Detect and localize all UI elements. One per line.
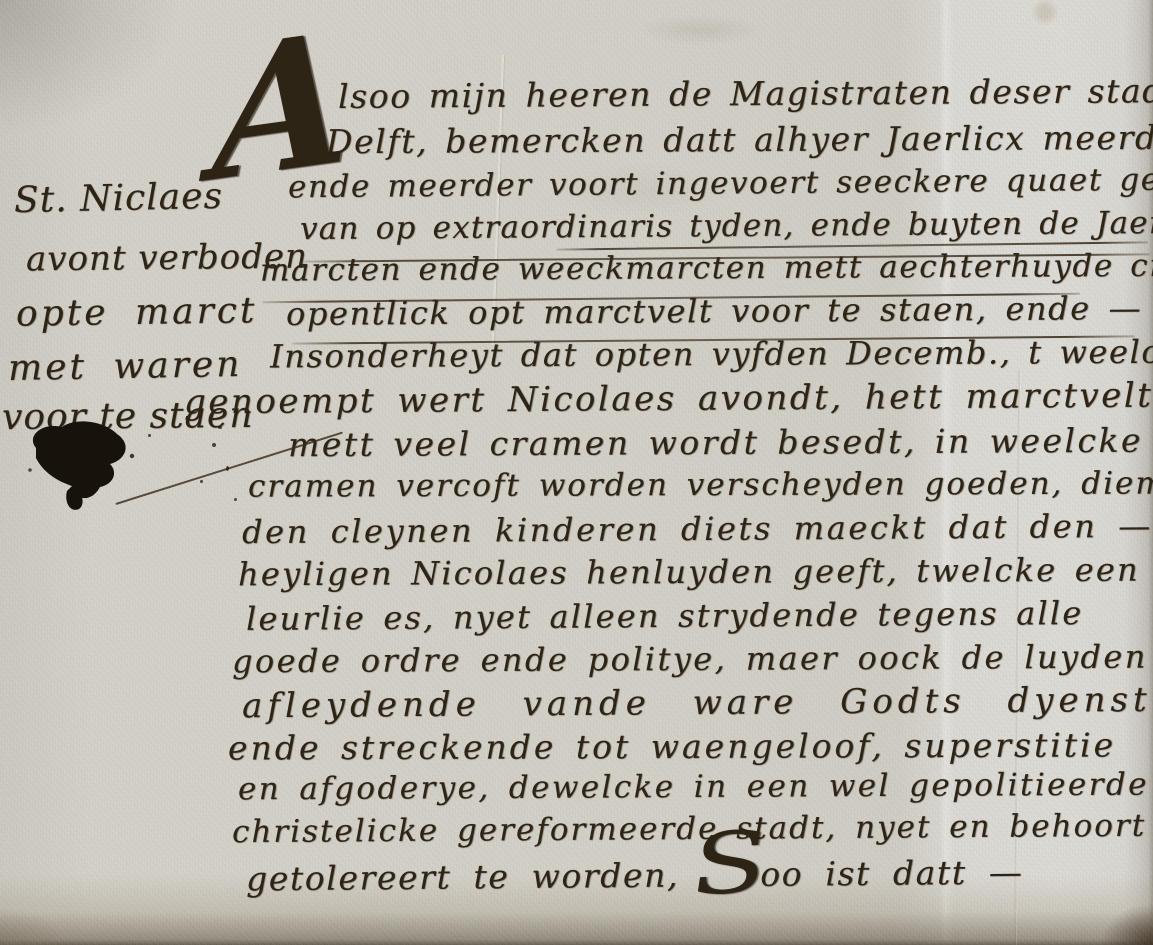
manuscript-page: A St. Niclaes avont verboden opte marct … xyxy=(0,0,1153,945)
manuscript-line: leurlie es, nyet alleen strydende tegens… xyxy=(246,594,1084,638)
ink-speck xyxy=(226,466,229,471)
manuscript-line: getolereert te worden, Soo ist datt — xyxy=(246,853,1024,899)
manuscript-line: lsoo mijn heeren de Magistraten deser st… xyxy=(338,71,1153,116)
manuscript-line: van op extraordinaris tyden, ende buyten… xyxy=(300,205,1153,247)
closing-line-pre: getolereert te worden, xyxy=(246,856,679,899)
ink-speck xyxy=(234,498,237,501)
manuscript-line: mett veel cramen wordt besedt, in weelck… xyxy=(288,421,1143,464)
manuscript-line: ende streckende tot waengeloof, supersti… xyxy=(228,725,1116,767)
manuscript-line: goede ordre ende politye, maer oock de l… xyxy=(232,638,1148,681)
ink-blot xyxy=(22,412,142,512)
manuscript-line: cramen vercoft worden verscheyden goeden… xyxy=(248,465,1153,504)
manuscript-line: ende meerder voort ingevoert seeckere qu… xyxy=(288,161,1153,206)
ink-speck xyxy=(218,426,222,429)
manuscript-line: en afgoderye, dewelcke in een wel gepoli… xyxy=(238,767,1149,808)
ink-speck xyxy=(148,434,151,437)
manuscript-line: genoempt wert Nicolaes avondt, hett marc… xyxy=(184,376,1153,423)
closing-initial: S xyxy=(692,861,770,866)
margin-note-line: St. Niclaes xyxy=(14,176,224,221)
manuscript-line: afleydende vande ware Godts dyenste xyxy=(242,680,1153,727)
margin-note-line: opte marct xyxy=(16,290,258,334)
closing-line-post: oo ist datt — xyxy=(760,853,1023,894)
manuscript-line: heyligen Nicolaes henluyden geeft, twelc… xyxy=(238,551,1140,594)
manuscript-line: Delft, bemercken datt alhyer Jaerlicx me… xyxy=(326,118,1153,162)
manuscript-line: den cleynen kinderen diets maeckt dat de… xyxy=(242,507,1153,551)
ink-speck xyxy=(200,480,203,483)
ink-speck xyxy=(212,443,216,447)
